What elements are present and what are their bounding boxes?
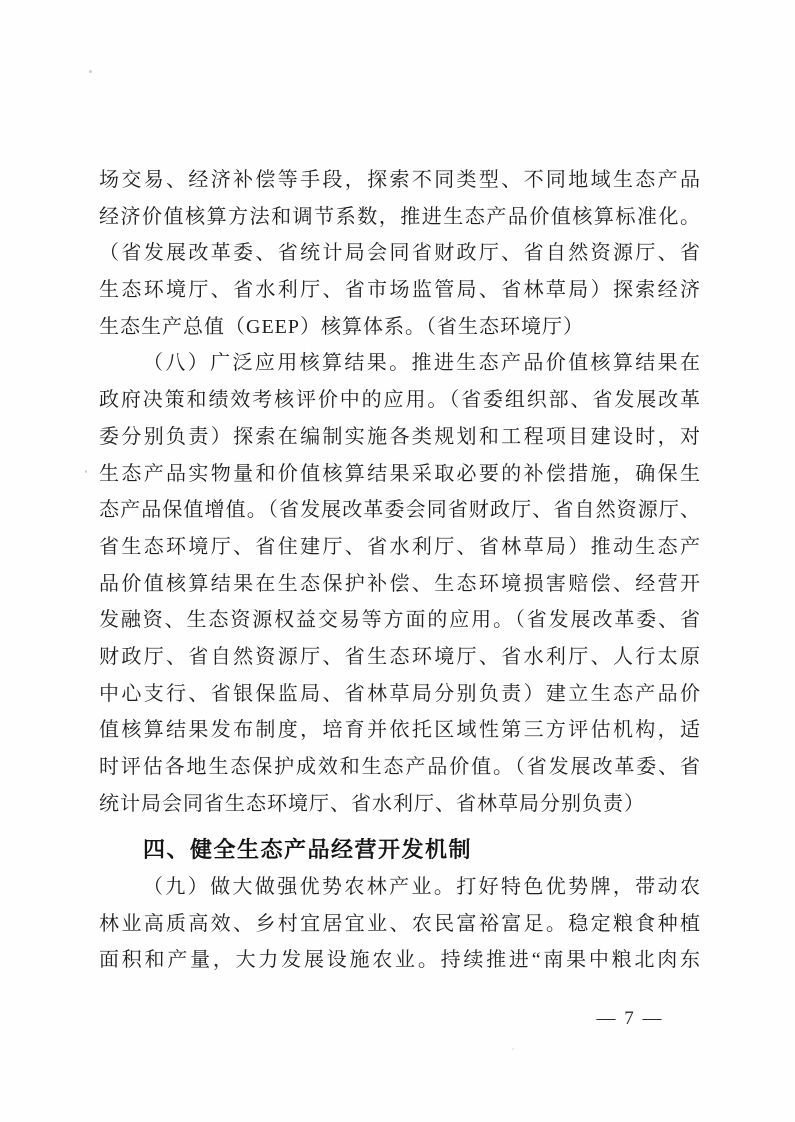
body-line: 财政厅、省自然资源厅、省生态环境厅、省水利厅、人行太原	[99, 639, 701, 676]
paragraph-8-first-line: （八）广泛应用核算结果。推进生态产品价值核算结果在	[99, 345, 701, 382]
body-line: 发融资、生态资源权益交易等方面的应用。（省发展改革委、省	[99, 602, 701, 639]
document-page: 场交易、经济补偿等手段，探索不同类型、不同地域生态产品 经济价值核算方法和调节系…	[0, 0, 795, 1122]
document-body: 场交易、经济补偿等手段，探索不同类型、不同地域生态产品 经济价值核算方法和调节系…	[99, 162, 701, 979]
page-number: — 7 —	[560, 1008, 700, 1030]
body-line: 经济价值核算方法和调节系数，推进生态产品价值核算标准化。	[99, 199, 701, 236]
section-heading: 四、健全生态产品经营开发机制	[99, 832, 701, 869]
body-line: 委分别负责）探索在编制实施各类规划和工程项目建设时，对	[99, 419, 701, 456]
body-line: 生态生产总值（GEEP）核算体系。（省生态环境厅）	[99, 309, 701, 346]
paragraph-9-first-line: （九）做大做强优势农林产业。打好特色优势牌，带动农	[99, 869, 701, 906]
scan-speck	[512, 1048, 514, 1050]
body-line: 态产品保值增值。（省发展改革委会同省财政厅、省自然资源厅、	[99, 492, 701, 529]
scan-speck	[89, 70, 92, 73]
body-line: 政府决策和绩效考核评价中的应用。（省委组织部、省发展改革	[99, 382, 701, 419]
body-line: 生态环境厅、省水利厅、省市场监管局、省林草局）探索经济	[99, 272, 701, 309]
body-line: 统计局会同省生态环境厅、省水利厅、省林草局分别负责）	[99, 786, 701, 823]
body-line: 中心支行、省银保监局、省林草局分别负责）建立生态产品价	[99, 676, 701, 713]
body-line: （省发展改革委、省统计局会同省财政厅、省自然资源厅、省	[99, 235, 701, 272]
scan-speck	[85, 470, 87, 473]
body-line: 面积和产量，大力发展设施农业。持续推进“南果中粮北肉东	[99, 942, 701, 979]
body-line: 值核算结果发布制度，培育并依托区域性第三方评估机构，适	[99, 712, 701, 749]
body-line: 品价值核算结果在生态保护补偿、生态环境损害赔偿、经营开	[99, 566, 701, 603]
body-line: 生态产品实物量和价值核算结果采取必要的补偿措施，确保生	[99, 456, 701, 493]
body-line: 林业高质高效、乡村宜居宜业、农民富裕富足。稳定粮食种植	[99, 906, 701, 943]
body-line: 场交易、经济补偿等手段，探索不同类型、不同地域生态产品	[99, 162, 701, 199]
body-line: 省生态环境厅、省住建厅、省水利厅、省林草局）推动生态产	[99, 529, 701, 566]
body-line: 时评估各地生态保护成效和生态产品价值。（省发展改革委、省	[99, 749, 701, 786]
